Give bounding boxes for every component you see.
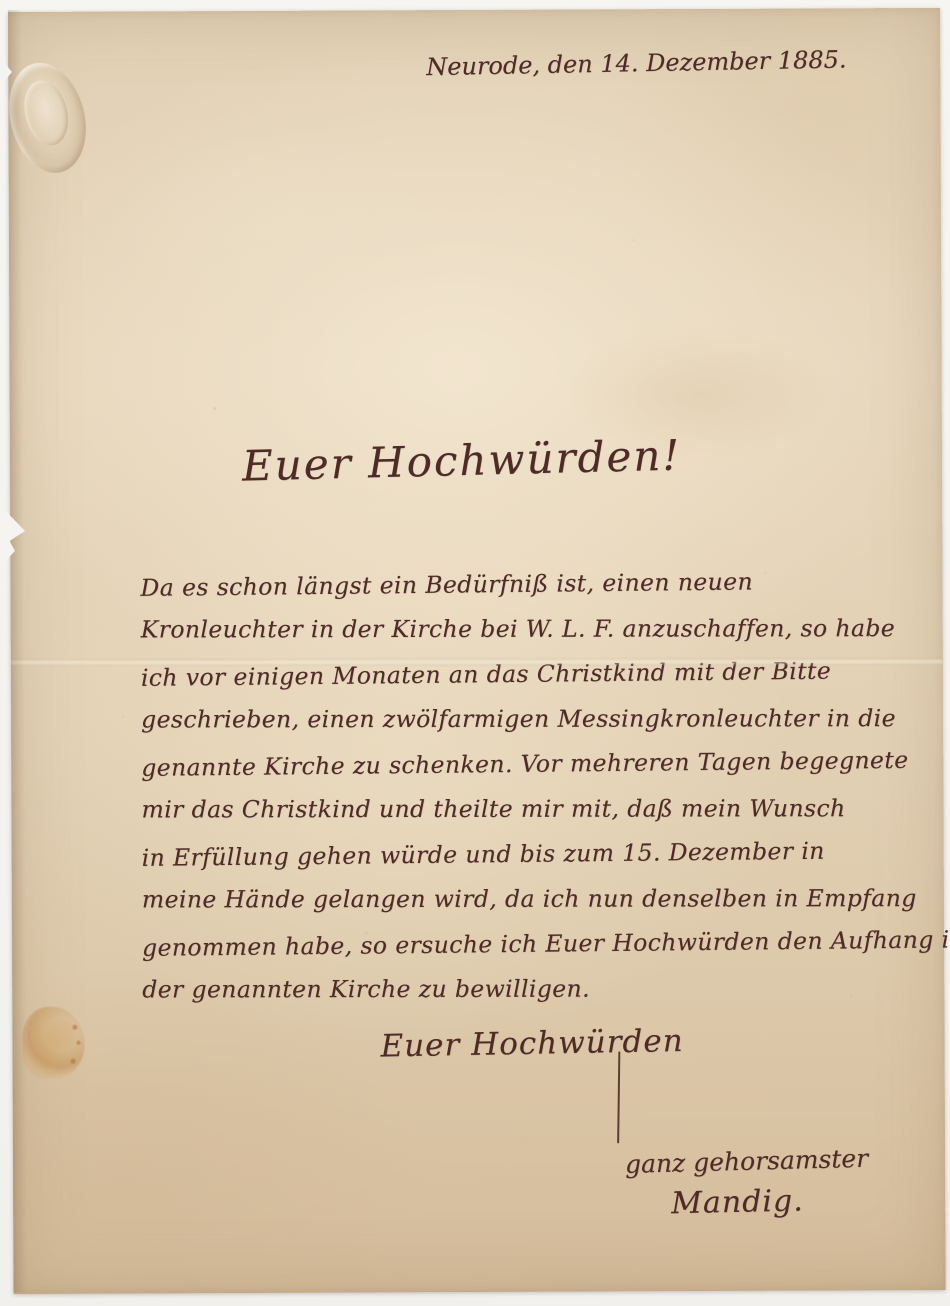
body-line: genannte Kirche zu schenken. Vor mehrere… [141,746,931,799]
body-line: geschrieben, einen zwölfarmigen Messingk… [141,704,931,750]
stain [22,1007,84,1079]
letter-body: Da es schon längst ein Bedürfniß ist, ei… [140,568,932,1021]
body-line: genommen habe, so ersuche ich Euer Hochw… [142,926,932,979]
body-line: Da es schon längst ein Bedürfniß ist, ei… [140,566,930,619]
letter-scan: Neurode, den 14. Dezember 1885. Euer Hoc… [0,0,950,1306]
seal-crest-icon [18,76,75,150]
paper: Neurode, den 14. Dezember 1885. Euer Hoc… [8,8,946,1294]
body-line: meine Hände gelangen wird, da ich nun de… [142,884,932,930]
closing: Euer Hochwürden [380,1023,684,1065]
stain-speck [72,1025,77,1030]
fold-crease [11,658,943,667]
stain-speck [71,1059,76,1064]
valediction: ganz gehorsamster [625,1144,869,1179]
body-line: der genannten Kirche zu bewilligen. [142,974,932,1020]
stain-speck [76,1041,80,1045]
signature: Mandig. [671,1183,804,1221]
body-line: in Erfüllung gehen würde und bis zum 15.… [142,836,932,889]
body-line: mir das Christkind und theilte mir mit, … [141,794,931,840]
body-line: Kronleuchter in der Kirche bei W. L. F. … [141,614,931,660]
